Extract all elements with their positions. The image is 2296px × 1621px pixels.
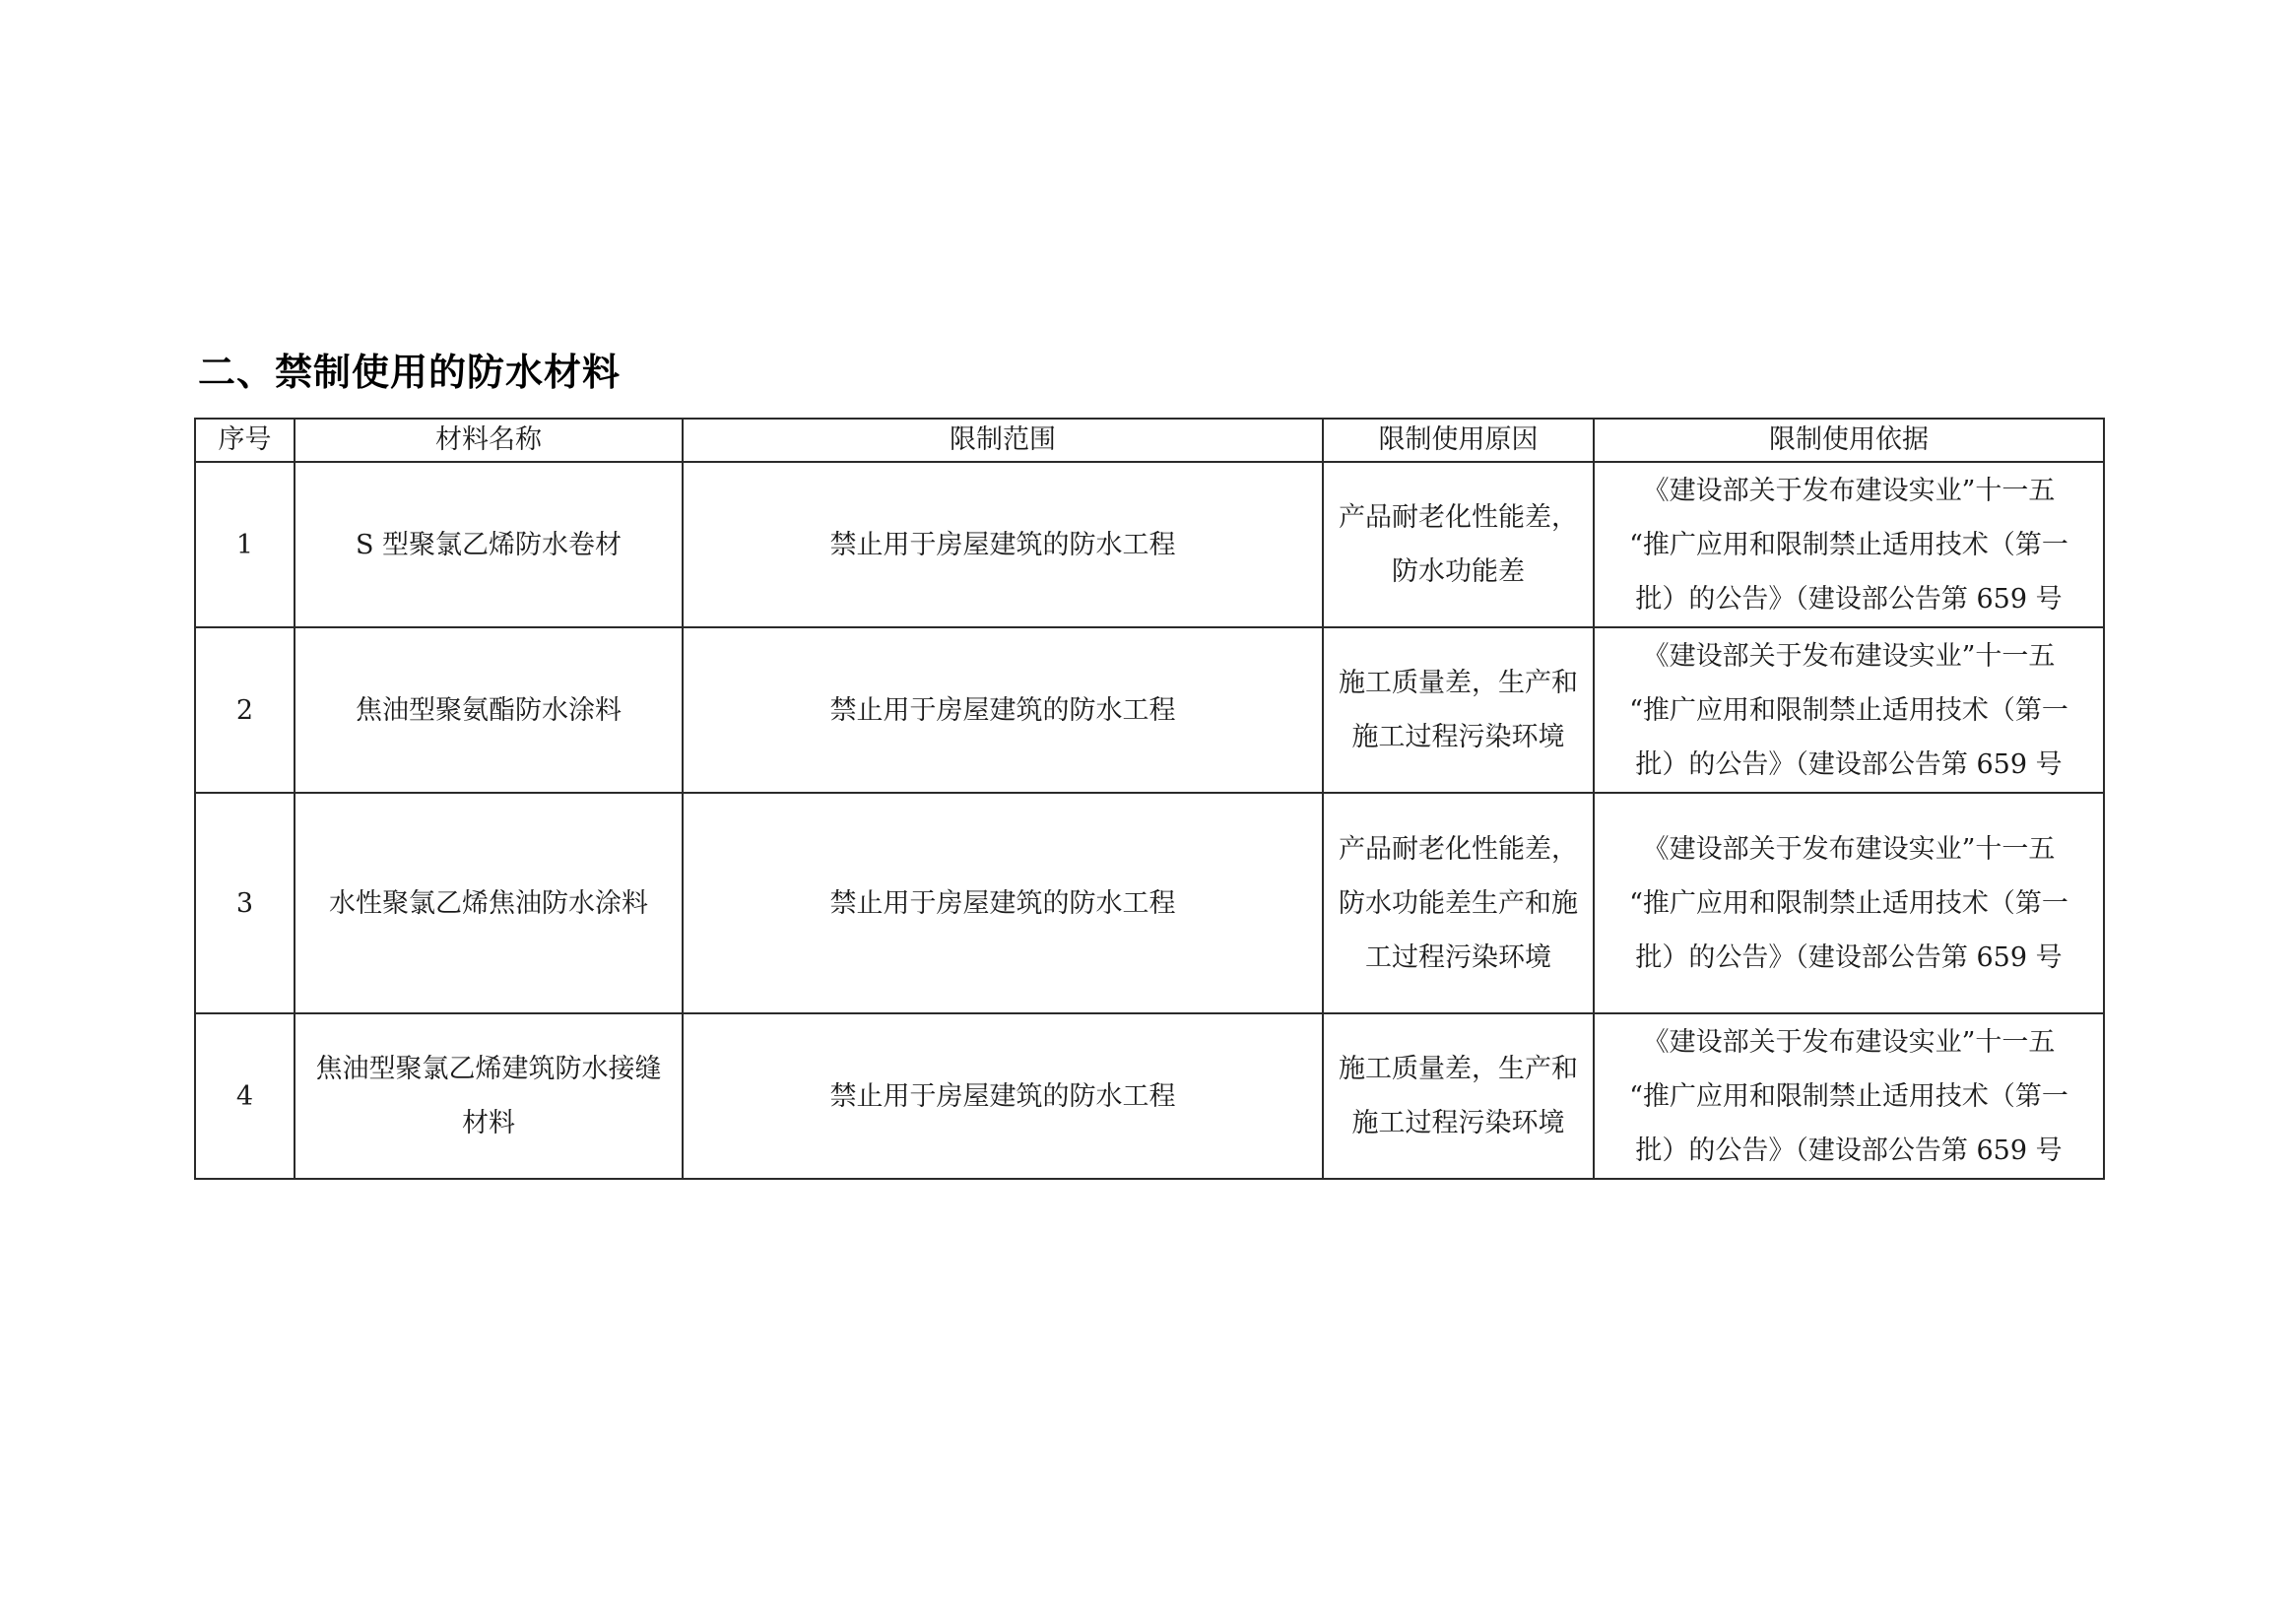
cell-reason: 产品耐老化性能差，防水功能差生产和施工过程污染环境 xyxy=(1323,793,1594,1013)
cell-scope: 禁止用于房屋建筑的防水工程 xyxy=(683,462,1323,627)
basis-line: 《建设部关于发布建设实业”十一五 xyxy=(1608,822,2089,876)
cell-material-name: 焦油型聚氨酯防水涂料 xyxy=(295,627,683,793)
cell-no: 2 xyxy=(195,627,295,793)
cell-no: 1 xyxy=(195,462,295,627)
cell-no: 4 xyxy=(195,1013,295,1179)
basis-line: 批）的公告》（建设部公告第 659 号 xyxy=(1608,572,2089,626)
basis-line: 批）的公告》（建设部公告第 659 号 xyxy=(1608,738,2089,792)
cell-scope: 禁止用于房屋建筑的防水工程 xyxy=(683,627,1323,793)
cell-reason: 施工质量差，生产和施工过程污染环境 xyxy=(1323,1013,1594,1179)
prohibited-materials-table: 序号 材料名称 限制范围 限制使用原因 限制使用依据 1 S 型聚氯乙烯防水卷材… xyxy=(194,418,2105,1180)
cell-basis: 《建设部关于发布建设实业”十一五 “推广应用和限制禁止适用技术（第一 批）的公告… xyxy=(1594,1013,2104,1179)
table-row: 3 水性聚氯乙烯焦油防水涂料 禁止用于房屋建筑的防水工程 产品耐老化性能差，防水… xyxy=(195,793,2104,1013)
header-name: 材料名称 xyxy=(295,419,683,462)
header-no: 序号 xyxy=(195,419,295,462)
basis-line: “推广应用和限制禁止适用技术（第一 xyxy=(1608,1070,2089,1124)
cell-material-name: 焦油型聚氯乙烯建筑防水接缝材料 xyxy=(295,1013,683,1179)
reason-text: 产品耐老化性能差，防水功能差 xyxy=(1338,490,1579,599)
section-title: 二、禁制使用的防水材料 xyxy=(198,347,621,398)
cell-scope: 禁止用于房屋建筑的防水工程 xyxy=(683,793,1323,1013)
cell-basis: 《建设部关于发布建设实业”十一五 “推广应用和限制禁止适用技术（第一 批）的公告… xyxy=(1594,793,2104,1013)
basis-line: “推广应用和限制禁止适用技术（第一 xyxy=(1608,518,2089,572)
header-reason: 限制使用原因 xyxy=(1323,419,1594,462)
basis-line: 批）的公告》（建设部公告第 659 号 xyxy=(1608,1124,2089,1178)
cell-reason: 产品耐老化性能差，防水功能差 xyxy=(1323,462,1594,627)
cell-reason: 施工质量差，生产和施工过程污染环境 xyxy=(1323,627,1594,793)
cell-material-name: S 型聚氯乙烯防水卷材 xyxy=(295,462,683,627)
table-row: 2 焦油型聚氨酯防水涂料 禁止用于房屋建筑的防水工程 施工质量差，生产和施工过程… xyxy=(195,627,2104,793)
reason-text: 产品耐老化性能差，防水功能差生产和施工过程污染环境 xyxy=(1338,822,1579,985)
reason-text: 施工质量差，生产和施工过程污染环境 xyxy=(1338,1042,1579,1150)
cell-material-name: 水性聚氯乙烯焦油防水涂料 xyxy=(295,793,683,1013)
cell-scope: 禁止用于房屋建筑的防水工程 xyxy=(683,1013,1323,1179)
cell-basis: 《建设部关于发布建设实业”十一五 “推广应用和限制禁止适用技术（第一 批）的公告… xyxy=(1594,627,2104,793)
basis-line: 《建设部关于发布建设实业”十一五 xyxy=(1608,1015,2089,1070)
table-row: 4 焦油型聚氯乙烯建筑防水接缝材料 禁止用于房屋建筑的防水工程 施工质量差，生产… xyxy=(195,1013,2104,1179)
header-scope: 限制范围 xyxy=(683,419,1323,462)
basis-line: “推广应用和限制禁止适用技术（第一 xyxy=(1608,683,2089,738)
cell-basis: 《建设部关于发布建设实业”十一五 “推广应用和限制禁止适用技术（第一 批）的公告… xyxy=(1594,462,2104,627)
basis-line: “推广应用和限制禁止适用技术（第一 xyxy=(1608,876,2089,931)
basis-line: 批）的公告》（建设部公告第 659 号 xyxy=(1608,931,2089,985)
cell-no: 3 xyxy=(195,793,295,1013)
basis-line: 《建设部关于发布建设实业”十一五 xyxy=(1608,629,2089,683)
table-row: 1 S 型聚氯乙烯防水卷材 禁止用于房屋建筑的防水工程 产品耐老化性能差，防水功… xyxy=(195,462,2104,627)
table-header-row: 序号 材料名称 限制范围 限制使用原因 限制使用依据 xyxy=(195,419,2104,462)
reason-text: 施工质量差，生产和施工过程污染环境 xyxy=(1338,656,1579,764)
header-basis: 限制使用依据 xyxy=(1594,419,2104,462)
basis-line: 《建设部关于发布建设实业”十一五 xyxy=(1608,464,2089,518)
